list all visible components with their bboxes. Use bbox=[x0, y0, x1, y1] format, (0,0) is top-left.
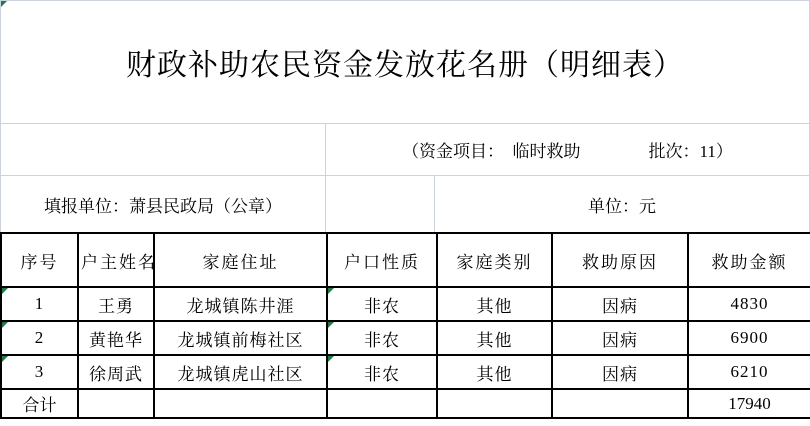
table-row: 2 黄艳华 龙城镇前梅社区 非农 其他 因病 6900 bbox=[1, 321, 810, 355]
blank-cell[interactable] bbox=[437, 389, 552, 418]
table-row: 3 徐周武 龙城镇虎山社区 非农 其他 因病 6210 bbox=[1, 355, 810, 389]
cell-home-address[interactable]: 龙城镇虎山社区 bbox=[154, 355, 327, 389]
blank-cell[interactable] bbox=[327, 389, 437, 418]
cell-serial[interactable]: 1 bbox=[1, 287, 78, 321]
reporting-unit-cell[interactable]: 填报单位：萧县民政局（公章） bbox=[1, 176, 326, 232]
cell-family-category[interactable]: 其他 bbox=[437, 355, 552, 389]
table-header-row: 序号 户主姓名 家庭住址 户口性质 家庭类别 救助原因 救助金额 bbox=[1, 233, 810, 287]
spreadsheet: 财政补助农民资金发放花名册（明细表） （资金项目： 临时救助 批次：11） 填报… bbox=[0, 0, 810, 426]
cell-serial[interactable]: 3 bbox=[1, 355, 78, 389]
cell-value: 2 bbox=[35, 328, 45, 347]
error-flag-icon bbox=[328, 288, 334, 294]
cell-home-address[interactable]: 龙城镇前梅社区 bbox=[154, 321, 327, 355]
cell-aid-reason[interactable]: 因病 bbox=[552, 287, 688, 321]
cell-value: 1 bbox=[35, 294, 45, 313]
top-section: 财政补助农民资金发放花名册（明细表） （资金项目： 临时救助 批次：11） 填报… bbox=[0, 0, 810, 232]
blank-cell[interactable] bbox=[154, 389, 327, 418]
fund-project-cell[interactable]: （资金项目： 临时救助 批次：11） bbox=[326, 124, 809, 175]
total-label-cell[interactable]: 合计 bbox=[1, 389, 78, 418]
header-home-address[interactable]: 家庭住址 bbox=[154, 233, 327, 287]
table-row: 1 王勇 龙城镇陈井涯 非农 其他 因病 4830 bbox=[1, 287, 810, 321]
cell-serial[interactable]: 2 bbox=[1, 321, 78, 355]
cell-aid-amount[interactable]: 6210 bbox=[688, 355, 810, 389]
title-cell[interactable]: 财政补助农民资金发放花名册（明细表） bbox=[1, 1, 809, 124]
cell-aid-amount[interactable]: 4830 bbox=[688, 287, 810, 321]
error-flag-icon bbox=[2, 322, 8, 328]
roster-table: 序号 户主姓名 家庭住址 户口性质 家庭类别 救助原因 救助金额 1 王勇 龙城… bbox=[0, 232, 810, 419]
blank-cell[interactable] bbox=[1, 124, 326, 175]
header-serial[interactable]: 序号 bbox=[1, 233, 78, 287]
cell-householder-name[interactable]: 王勇 bbox=[78, 287, 154, 321]
cell-value: 非农 bbox=[364, 331, 400, 350]
cell-household-type[interactable]: 非农 bbox=[327, 355, 437, 389]
error-flag-icon bbox=[328, 322, 334, 328]
cell-family-category[interactable]: 其他 bbox=[437, 287, 552, 321]
cell-aid-amount[interactable]: 6900 bbox=[688, 321, 810, 355]
header-aid-amount[interactable]: 救助金额 bbox=[688, 233, 810, 287]
blank-cell[interactable] bbox=[78, 389, 154, 418]
table-total-row: 合计 17940 bbox=[1, 389, 810, 418]
cell-householder-name[interactable]: 黄艳华 bbox=[78, 321, 154, 355]
cell-value: 非农 bbox=[364, 297, 400, 316]
error-flag-icon bbox=[2, 288, 8, 294]
cell-home-address[interactable]: 龙城镇陈井涯 bbox=[154, 287, 327, 321]
blank-cell[interactable] bbox=[326, 176, 435, 232]
header-family-category[interactable]: 家庭类别 bbox=[437, 233, 552, 287]
reporting-unit-label: 填报单位：萧县民政局（公章） bbox=[44, 192, 282, 217]
fund-project-label: （资金项目： 临时救助 批次：11） bbox=[402, 137, 733, 162]
page-title: 财政补助农民资金发放花名册（明细表） bbox=[126, 40, 684, 84]
cell-household-type[interactable]: 非农 bbox=[327, 321, 437, 355]
header-aid-reason[interactable]: 救助原因 bbox=[552, 233, 688, 287]
total-amount-cell[interactable]: 17940 bbox=[688, 389, 810, 418]
currency-unit-label: 单位：元 bbox=[588, 192, 656, 217]
cell-value: 3 bbox=[35, 362, 45, 381]
header-householder-name[interactable]: 户主姓名 bbox=[78, 233, 154, 287]
cell-aid-reason[interactable]: 因病 bbox=[552, 321, 688, 355]
cell-household-type[interactable]: 非农 bbox=[327, 287, 437, 321]
fund-project-row: （资金项目： 临时救助 批次：11） bbox=[1, 124, 809, 176]
cell-value: 非农 bbox=[364, 365, 400, 384]
error-flag-icon bbox=[328, 356, 334, 362]
currency-unit-cell[interactable]: 单位：元 bbox=[435, 176, 809, 232]
cell-householder-name[interactable]: 徐周武 bbox=[78, 355, 154, 389]
blank-cell[interactable] bbox=[552, 389, 688, 418]
reporting-unit-row: 填报单位：萧县民政局（公章） 单位：元 bbox=[1, 176, 809, 232]
cell-aid-reason[interactable]: 因病 bbox=[552, 355, 688, 389]
cell-family-category[interactable]: 其他 bbox=[437, 321, 552, 355]
error-flag-icon bbox=[2, 356, 8, 362]
header-household-type[interactable]: 户口性质 bbox=[327, 233, 437, 287]
